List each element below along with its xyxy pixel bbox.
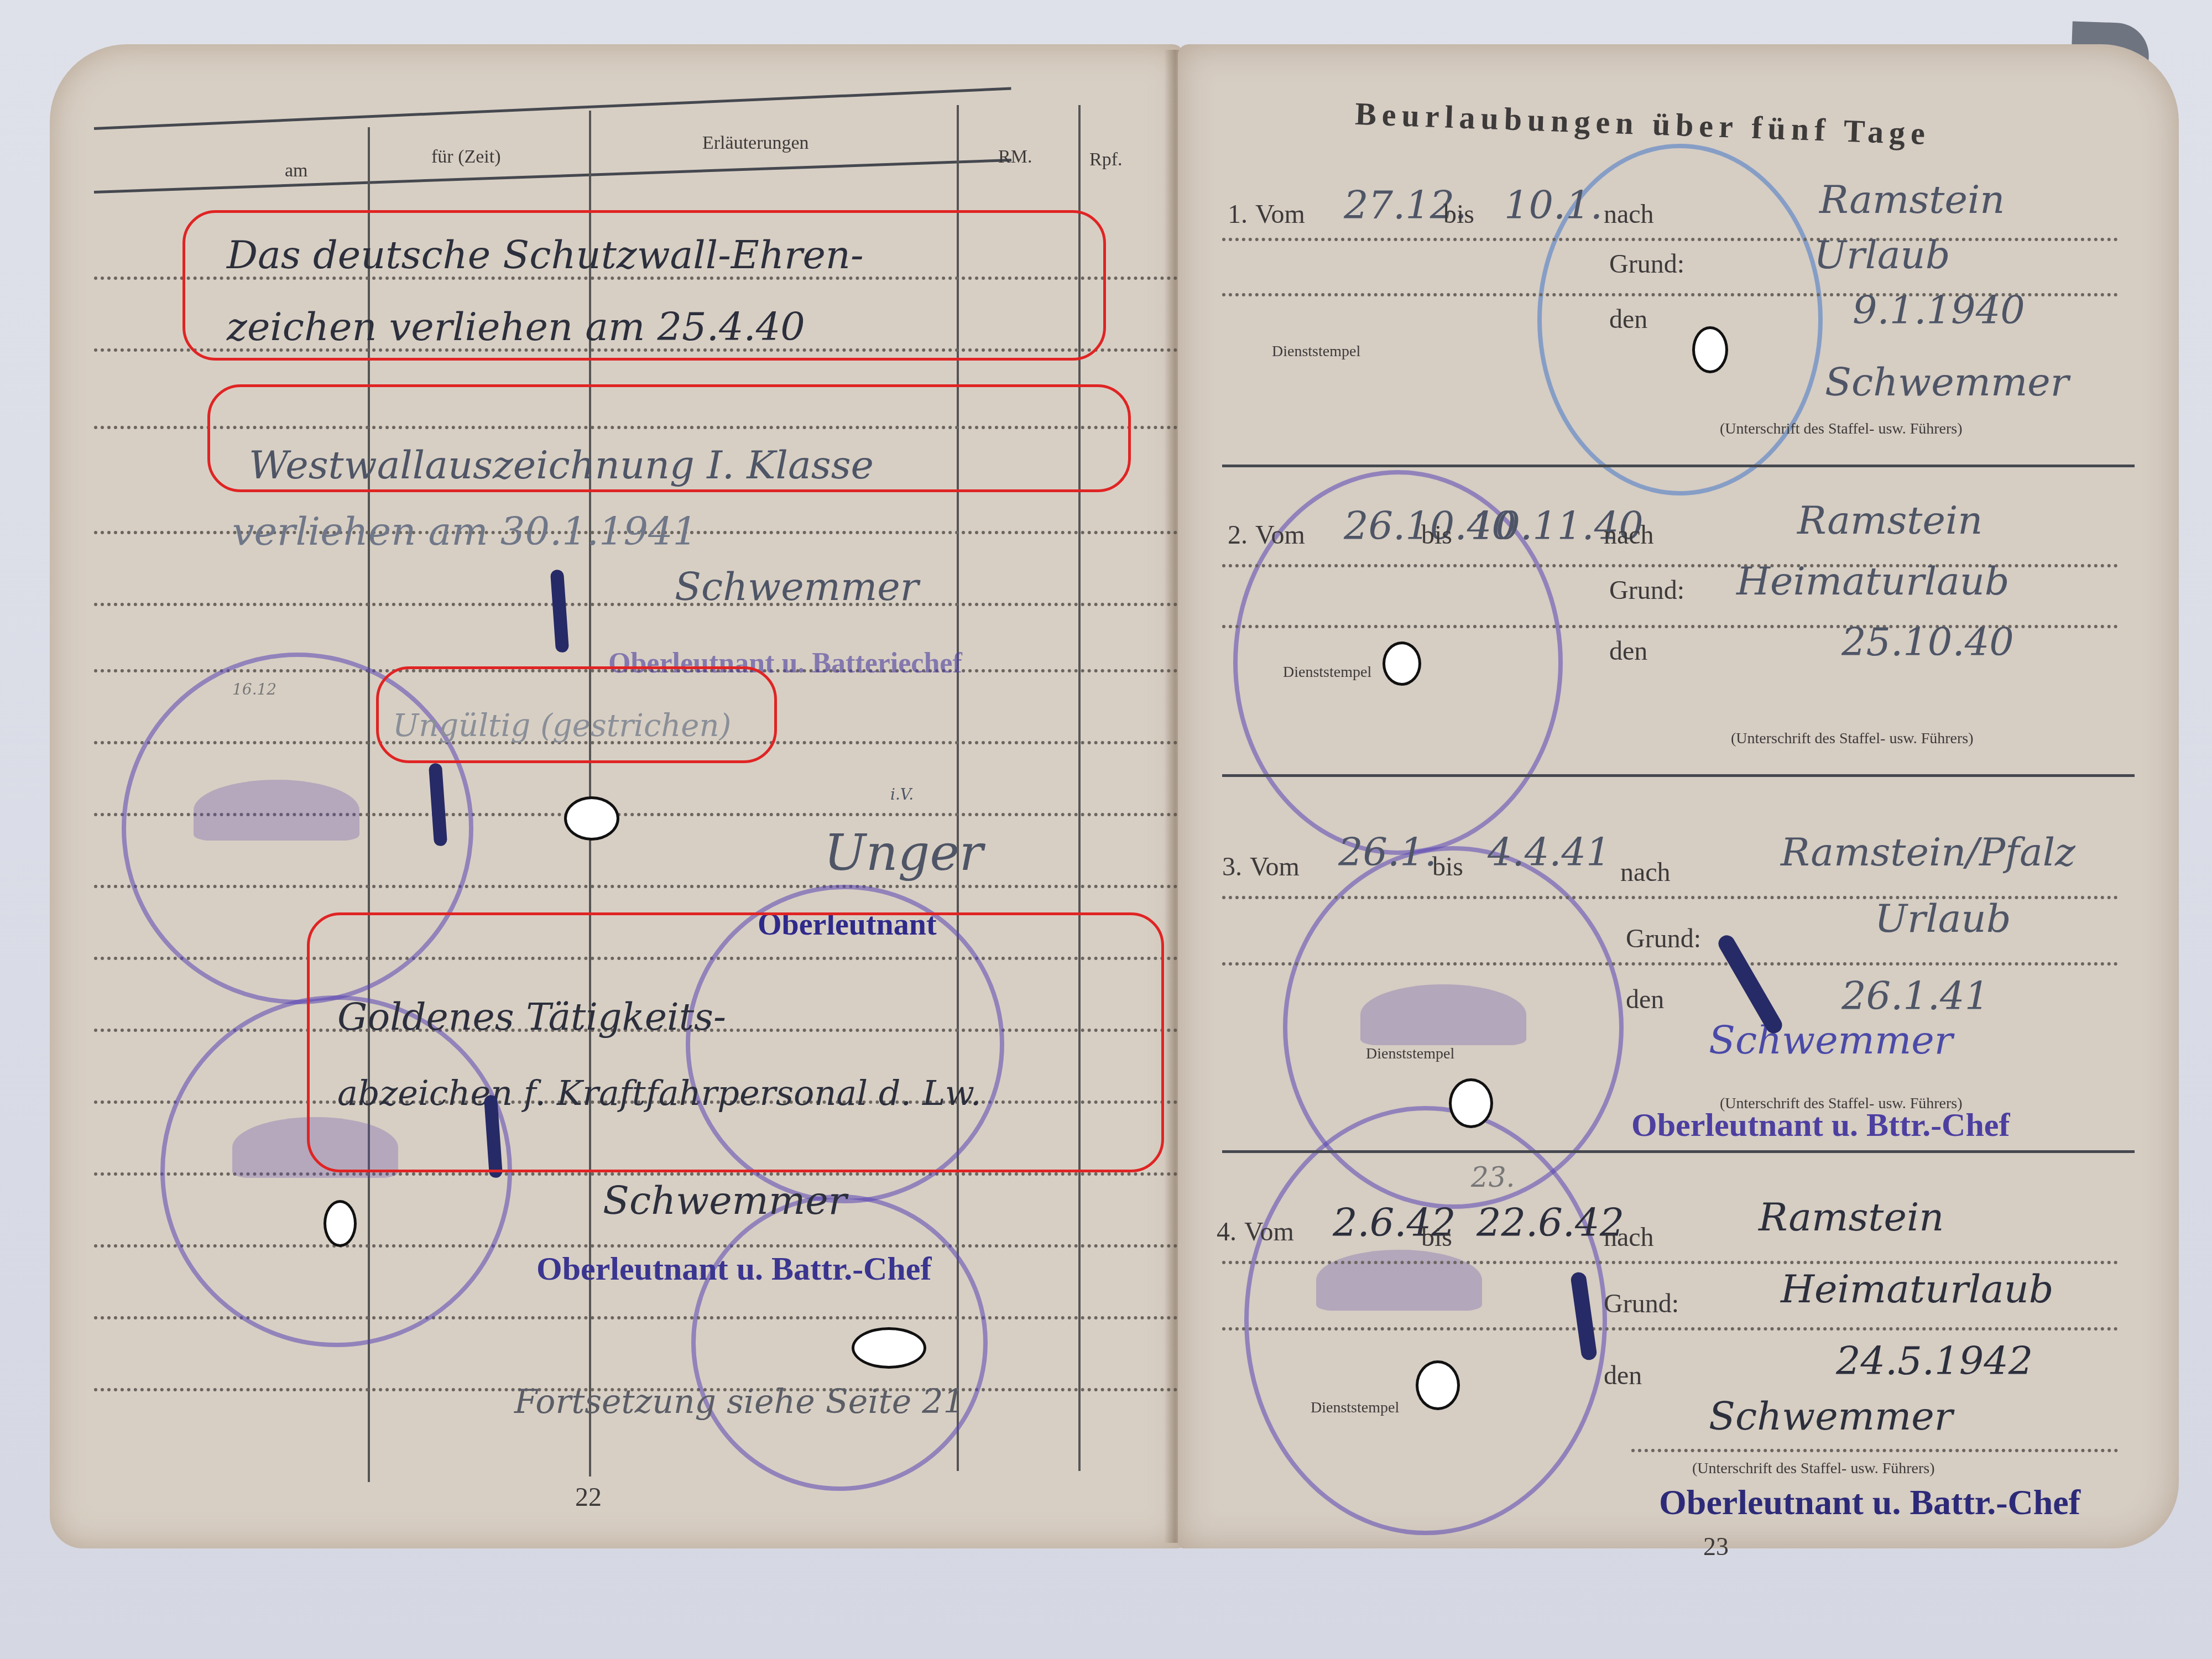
label-dienststempel: Dienststempel	[1311, 1399, 1399, 1417]
highlight-box-entry-2	[207, 384, 1131, 492]
header-top-rule	[94, 87, 1011, 130]
label-den: den	[1609, 636, 1647, 666]
eagle-emblem-icon	[1360, 984, 1526, 1045]
signature-schwemmer: Schwemmer	[675, 564, 919, 609]
label-dienststempel: Dienststempel	[1366, 1045, 1454, 1063]
eagle-emblem-icon	[194, 780, 359, 841]
label-vom: Vom	[1255, 520, 1305, 550]
page-number: 22	[575, 1482, 602, 1512]
dotted-line	[1222, 1327, 2118, 1331]
label-nach: nach	[1604, 520, 1654, 550]
signature-schwemmer: Schwemmer	[603, 1178, 847, 1223]
column-header-erlaeuterungen: Erläuterungen	[702, 133, 809, 154]
leave-3-destination: Ramstein/Pfalz	[1781, 830, 2075, 875]
leave-2-number: 2.	[1228, 520, 1248, 550]
label-vom: Vom	[1250, 852, 1300, 882]
label-vom: Vom	[1255, 199, 1305, 229]
leave-1-signature: Schwemmer	[1825, 359, 2069, 405]
entry-2-line2: verliehen am 30.1.1941	[232, 509, 697, 554]
leave-2-destination: Ramstein	[1797, 498, 1983, 543]
redaction-dot	[324, 1200, 357, 1247]
section-rule	[1222, 465, 2135, 467]
leave-4-reason: Heimaturlaub	[1781, 1266, 2054, 1312]
highlight-box-entry-3	[376, 666, 777, 763]
leave-3-to: 4.4.41	[1488, 830, 1611, 875]
leave-1-number: 1.	[1228, 199, 1248, 229]
leave-1-reason: Urlaub	[1814, 232, 1950, 278]
leave-4-number: 4.	[1217, 1217, 1237, 1247]
stamp-number: 23.	[1471, 1161, 1515, 1193]
leave-2-date: 25.10.40	[1841, 619, 2014, 665]
leave-4-rank-stamp: Oberleutnant u. Battr.-Chef	[1659, 1482, 2080, 1523]
page-number: 23	[1703, 1532, 1729, 1561]
rank-stamp: Oberleutnant u. Battr.-Chef	[536, 1250, 931, 1288]
leave-3-signature: Schwemmer	[1709, 1018, 1953, 1063]
leave-4-to: 22.6.42	[1477, 1200, 1624, 1245]
redaction-dot	[564, 796, 619, 841]
round-stamp	[691, 1194, 988, 1491]
leave-3-reason: Urlaub	[1875, 896, 2011, 941]
column-header-am: am	[285, 160, 308, 181]
dotted-line	[1222, 962, 2118, 966]
label-unterschrift: (Unterschrift des Staffel- usw. Führers)	[1731, 730, 1974, 748]
signature-unger: Unger	[824, 824, 983, 882]
label-bis: bis	[1421, 520, 1452, 550]
column-header-rm: RM.	[998, 147, 1032, 168]
leave-3-from: 26.1.	[1338, 830, 1437, 875]
leave-2-reason: Heimaturlaub	[1736, 559, 2010, 604]
entry-3-date: 16.12	[232, 680, 276, 698]
redaction-dot	[1449, 1078, 1493, 1128]
label-nach: nach	[1604, 1222, 1654, 1253]
label-nach: nach	[1604, 199, 1654, 229]
label-grund: Grund:	[1626, 924, 1701, 954]
label-bis: bis	[1432, 852, 1463, 882]
eagle-emblem-icon	[1316, 1250, 1482, 1311]
leave-3-date: 26.1.41	[1841, 973, 1989, 1019]
label-dienststempel: Dienststempel	[1283, 664, 1371, 681]
section-rule	[1222, 774, 2135, 777]
leave-3-number: 3.	[1222, 852, 1242, 882]
column-header-fuer-zeit: für (Zeit)	[431, 147, 501, 168]
label-grund: Grund:	[1609, 575, 1684, 606]
leave-1-to: 10.1.	[1504, 182, 1603, 228]
redaction-dot	[1692, 326, 1728, 373]
leave-3-rank-stamp: Oberleutnant u. Bttr.-Chef	[1631, 1106, 2010, 1144]
dotted-line	[1222, 1261, 2118, 1264]
highlight-box-entry-1	[182, 210, 1106, 361]
dotted-line	[1222, 238, 2118, 241]
left-page: am für (Zeit) Erläuterungen RM. Rpf. Das…	[50, 44, 1183, 1548]
dotted-line	[94, 603, 1178, 606]
leave-4-signature: Schwemmer	[1709, 1394, 1953, 1439]
redaction-dot	[852, 1327, 926, 1369]
page-title: Beurlaubungen über fünf Tage	[1354, 95, 1931, 152]
label-den: den	[1609, 304, 1647, 335]
label-den: den	[1604, 1360, 1642, 1391]
label-vom: Vom	[1244, 1217, 1294, 1247]
ink-mark	[550, 569, 569, 653]
highlight-box-entry-4	[307, 912, 1164, 1172]
column-header-rpf: Rpf.	[1089, 149, 1123, 170]
dotted-line	[1631, 1449, 2118, 1452]
label-grund: Grund:	[1609, 249, 1684, 279]
section-rule	[1222, 1150, 2135, 1153]
label-den: den	[1626, 984, 1664, 1015]
luftgaupostamt-stamp	[1244, 1106, 1607, 1535]
redaction-dot	[1416, 1360, 1460, 1410]
label-unterschrift: (Unterschrift des Staffel- usw. Führers)	[1720, 420, 1963, 438]
leave-4-destination: Ramstein	[1759, 1194, 1944, 1240]
label-unterschrift: (Unterschrift des Staffel- usw. Führers)	[1692, 1460, 1935, 1478]
label-bis: bis	[1421, 1222, 1452, 1253]
leave-4-date: 24.5.1942	[1836, 1338, 2033, 1384]
leave-1-date: 9.1.1940	[1853, 288, 2025, 333]
signature-prefix: i.V.	[890, 785, 914, 804]
leave-1-destination: Ramstein	[1819, 177, 2005, 222]
right-page: Beurlaubungen über fünf Tage 1. Vom 27.1…	[1178, 44, 2179, 1548]
label-dienststempel: Dienststempel	[1272, 343, 1360, 361]
label-bis: bis	[1443, 199, 1474, 229]
redaction-dot	[1383, 641, 1421, 686]
header-bottom-rule	[94, 159, 1011, 194]
label-nach: nach	[1620, 857, 1671, 888]
label-grund: Grund:	[1604, 1288, 1679, 1319]
continuation-note: Fortsetzung siehe Seite 21	[514, 1383, 964, 1421]
